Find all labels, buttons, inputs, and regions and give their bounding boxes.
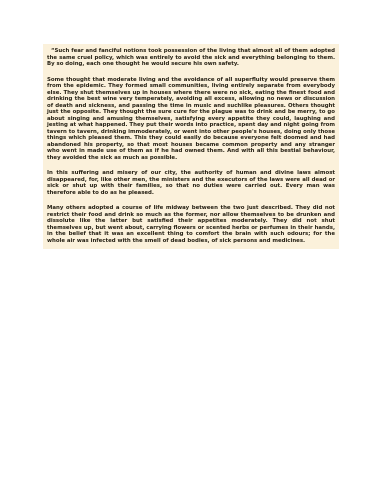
paragraph-middle-course: Many others adopted a course of life mid… — [47, 205, 335, 244]
text-panel: “Such fear and fanciful notions took pos… — [43, 44, 339, 249]
paragraph-fear-of-living: “Such fear and fanciful notions took pos… — [47, 48, 335, 68]
document-page: “Such fear and fanciful notions took pos… — [0, 0, 386, 500]
paragraph-moderate-living-vs-revelry: Some thought that moderate living and th… — [47, 77, 335, 162]
paragraph-collapse-of-laws: In this suffering and misery of our city… — [47, 170, 335, 196]
